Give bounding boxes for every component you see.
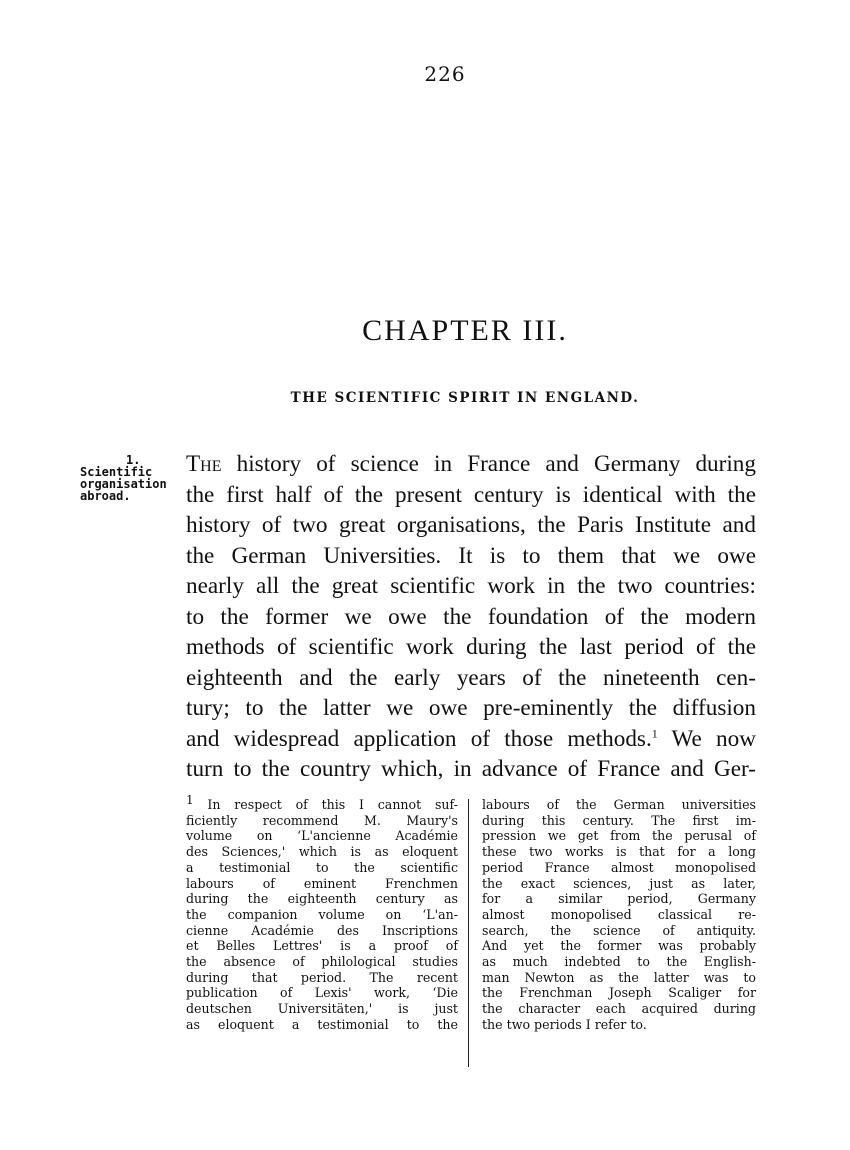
footnote-left-column: 1 In respect of this I cannot suf- ficie…	[186, 797, 468, 1067]
body-line: history of two great organisations, the …	[186, 510, 756, 541]
body-line: eighteenth and the early years of the ni…	[186, 663, 756, 694]
chapter-subtitle: THE SCIENTIFIC SPIRIT IN ENGLAND.	[0, 390, 850, 406]
body-line: nearly all the great scientific work in …	[186, 571, 756, 602]
body-line: turn to the country which, in advance of…	[186, 754, 756, 785]
body-line: The history of science in France and Ger…	[186, 449, 756, 480]
body-line: tury; to the latter we owe pre-eminently…	[186, 693, 756, 724]
footnote-line: labours of eminent Frenchmen	[186, 876, 458, 892]
footnote-line: during that period. The recent	[186, 970, 458, 986]
footnote-line: ficiently recommend M. Maury's	[186, 813, 458, 829]
footnote-line: deutschen Universitäten,' is just	[186, 1001, 458, 1017]
footnote-line: des Sciences,' which is as eloquent	[186, 844, 458, 860]
footnote-line: as eloquent a testimonial to the	[186, 1017, 458, 1033]
chapter-title: CHAPTER III.	[0, 314, 850, 348]
footnote-right-column: labours of the German universities durin…	[469, 797, 756, 1067]
footnote-line: labours of the German universities	[482, 797, 756, 813]
footnote-line: cienne Académie des Inscriptions	[186, 923, 458, 939]
footnote-line: during this century. The first im-	[482, 813, 756, 829]
footnote-line: pression we get from the perusal of	[482, 828, 756, 844]
footnote-line: as much indebted to the English-	[482, 954, 756, 970]
footnote-line: et Belles Lettres' is a proof of	[186, 938, 458, 954]
footnote-line: volume on ‘L'ancienne Académie	[186, 828, 458, 844]
body-line: to the former we owe the foundation of t…	[186, 602, 756, 633]
footnote-marker: 1	[186, 793, 194, 807]
body-line: methods of scientific work during the la…	[186, 632, 756, 663]
footnote-line: for a similar period, Germany	[482, 891, 756, 907]
footnote-line: publication of Lexis' work, ‘Die	[186, 985, 458, 1001]
body-line: the German Universities. It is to them t…	[186, 541, 756, 572]
footnote-line: And yet the former was probably	[482, 938, 756, 954]
footnote-line: the absence of philological studies	[186, 954, 458, 970]
footnote-line: these two works is that for a long	[482, 844, 756, 860]
footnote-line: the Frenchman Joseph Scaliger for	[482, 985, 756, 1001]
footnote-line: period France almost monopolised	[482, 860, 756, 876]
footnote-line: 1 In respect of this I cannot suf-	[186, 797, 458, 813]
marginal-note: 1. Scientific organisation abroad.	[80, 454, 180, 502]
footnote-line: search, the science of antiquity.	[482, 923, 756, 939]
footnote-line: a testimonial to the scientific	[186, 860, 458, 876]
footnotes: 1 In respect of this I cannot suf- ficie…	[186, 797, 756, 1067]
footnote-line: almost monopolised classical re-	[482, 907, 756, 923]
body-line: the first half of the present century is…	[186, 480, 756, 511]
footnote-line: during the eighteenth century as	[186, 891, 458, 907]
drop-word: The	[186, 451, 222, 477]
marginal-note-line: abroad.	[80, 490, 180, 502]
footnote-line: man Newton as the latter was to	[482, 970, 756, 986]
footnote-line: the character each acquired during	[482, 1001, 756, 1017]
footnote-line: the exact sciences, just as later,	[482, 876, 756, 892]
footnote-line: the companion volume on ‘L'an-	[186, 907, 458, 923]
page-number: 226	[0, 62, 850, 86]
body-line: and widespread application of those meth…	[186, 724, 756, 755]
body-paragraph: The history of science in France and Ger…	[186, 449, 756, 785]
footnote-line: the two periods I refer to.	[482, 1017, 756, 1033]
